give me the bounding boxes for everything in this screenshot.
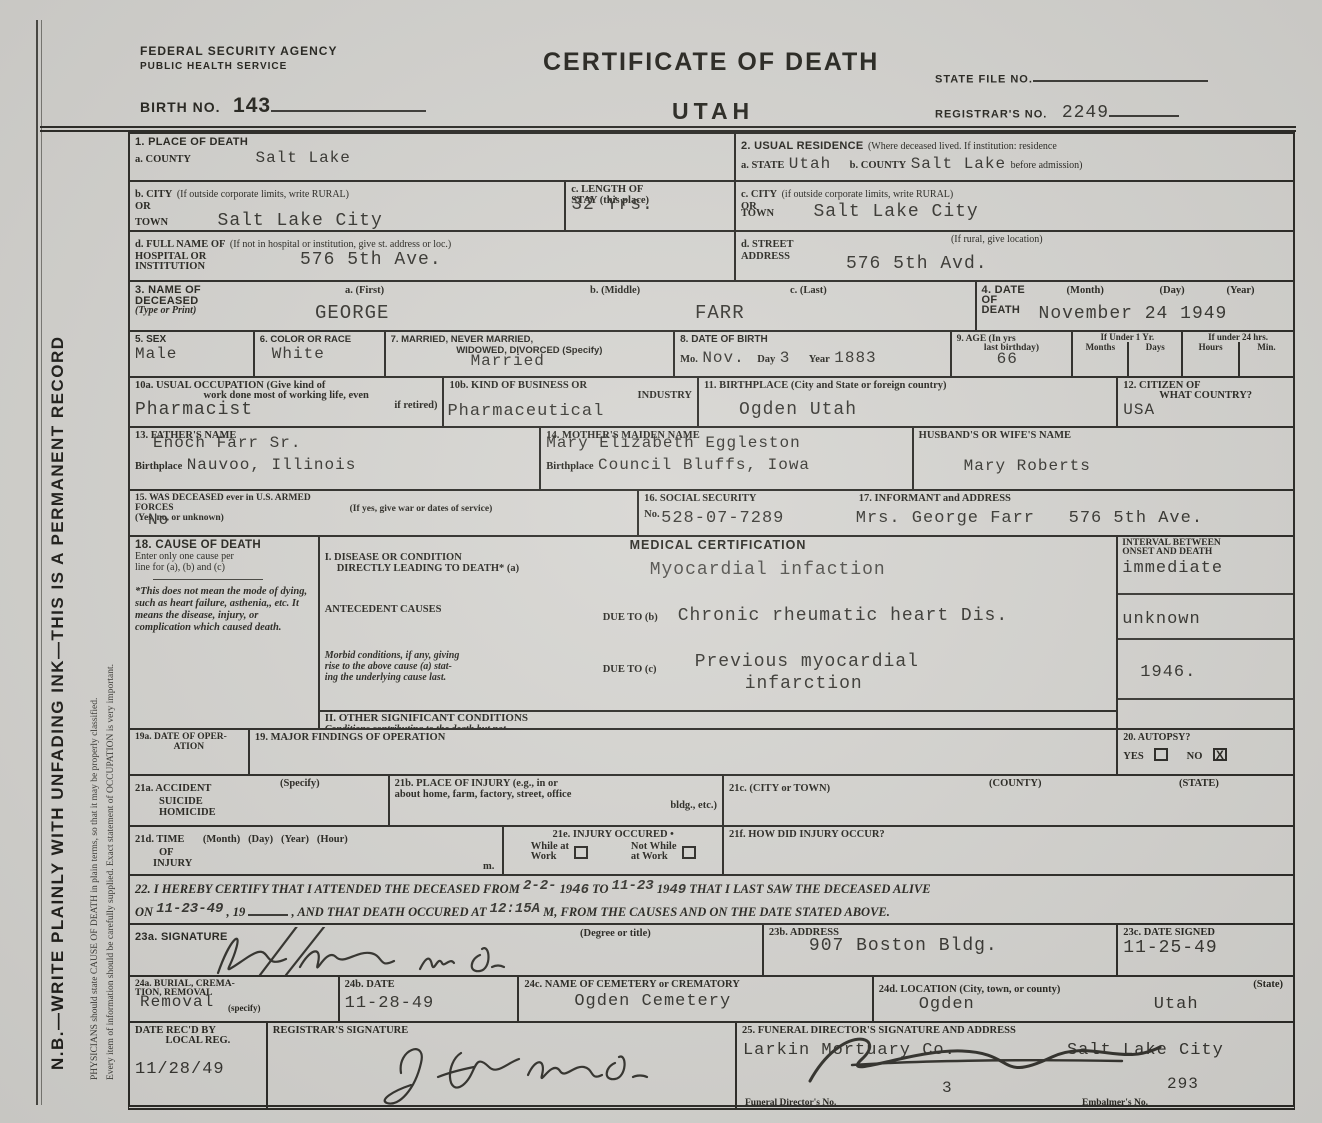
certify-text3: THAT I LAST SAW THE DECEASED ALIVE — [689, 882, 930, 896]
cause-divider — [153, 579, 263, 580]
cause-of-death-title: 18. CAUSE OF DEATH — [135, 539, 313, 551]
place-of-death-title: 1. PLACE OF DEATH — [135, 136, 729, 148]
burial-location-label: 24d. LOCATION (City, town, or county) — [879, 984, 1061, 995]
residence-county-label: b. COUNTY — [850, 160, 907, 171]
field-date-of-birth: 8. DATE OF BIRTH Mo. Nov. Day 3 Year 188… — [675, 332, 952, 376]
major-findings-label: 19. MAJOR FINDINGS OF OPERATION — [255, 732, 1111, 743]
father-birthplace-label: Birthplace — [135, 461, 182, 472]
certify-text5: , 19 — [227, 905, 246, 919]
medical-certification-title: MEDICAL CERTIFICATION — [320, 537, 1117, 552]
middle-name-label: b. (Middle) — [590, 285, 640, 296]
certify-to-year: 49 — [669, 882, 686, 898]
citizen-label2: WHAT COUNTRY? — [1123, 391, 1288, 401]
field-date-of-death: 4. DATE OF DEATH (Month) (Day) (Year) No… — [977, 282, 1293, 330]
field-length-of-stay: c. LENGTH OF STAY (this place) 32 Yrs. — [566, 182, 736, 230]
marital-label1: 7. MARRIED, NEVER MARRIED, — [391, 334, 669, 345]
deceased-title3: (Type or Print) — [135, 306, 970, 316]
death-city-note: (If outside corporate limits, write RURA… — [177, 189, 349, 200]
length-of-stay-value: 32 Yrs. — [571, 195, 729, 215]
accident-label2: SUICIDE — [159, 796, 383, 807]
burial-date-value: 11-28-49 — [345, 994, 513, 1013]
injury-state-label: (STATE) — [1179, 778, 1219, 789]
field-under-24hrs: If under 24 hrs. Hours Min. — [1183, 332, 1293, 376]
due-to-b-label: DUE TO (b) — [603, 612, 658, 623]
usual-residence-note: (Where deceased lived. If institution: r… — [868, 141, 1057, 152]
injury-time-cols: (Month) (Day) (Year) (Hour) — [203, 834, 348, 845]
spouse-value: Mary Roberts — [964, 457, 1288, 475]
certify-on-value: 11-23-49 — [156, 901, 223, 917]
field-place-of-injury: 21b. PLACE OF INJURY (e.g., in or about … — [390, 776, 724, 825]
injury-city-label: 21c. (CITY or TOWN) — [729, 783, 830, 794]
cause-c-value1: Previous myocardial — [695, 652, 919, 672]
certify-19a: 19 — [560, 882, 573, 896]
state-file-no-label: STATE FILE NO. — [935, 73, 1033, 85]
injury-time-m: m. — [483, 861, 494, 872]
street-value: 576 5th Avd. — [846, 254, 988, 274]
dob-day-value: 3 — [780, 349, 791, 367]
certificate-form: 1. PLACE OF DEATH a. COUNTY Salt Lake 2.… — [128, 132, 1295, 1110]
margin-physicians-note: PHYSICIANS should state CAUSE OF DEATH i… — [90, 180, 100, 1080]
sex-label: 5. SEX — [135, 334, 248, 345]
mother-name-value: Mary Elizabeth Eggleston — [546, 434, 906, 452]
injury-time-label3: INJURY — [153, 858, 497, 869]
certify-from-value: 2-2- — [523, 878, 557, 894]
field-place-of-death: 1. PLACE OF DEATH a. COUNTY Salt Lake — [130, 134, 736, 180]
under-1yr-months-label: Months — [1073, 342, 1127, 376]
spouse-label: HUSBAND'S OR WIFE'S NAME — [919, 430, 1288, 441]
residence-city-note: (if outside corporate limits, write RURA… — [782, 189, 954, 200]
field-citizen: 12. CITIZEN OF WHAT COUNTRY? USA — [1118, 378, 1293, 426]
field-burial-type: 24a. BURIAL, CREMA- TION, REMOVAL Remova… — [130, 977, 340, 1021]
field-burial-date: 24b. DATE 11-28-49 — [340, 977, 520, 1021]
date-of-death-value: November 24 1949 — [1039, 304, 1228, 324]
death-month-label: (Month) — [1067, 285, 1104, 296]
age-value: 66 — [997, 350, 1018, 368]
last-name-value: FARR — [695, 302, 745, 324]
under-24hrs-header: If under 24 hrs. — [1183, 332, 1293, 342]
armed-forces-note2: (If yes, give war or dates of service) — [350, 504, 633, 514]
armed-forces-value: No — [148, 511, 169, 529]
father-name-value: Enoch Farr Sr. — [153, 434, 534, 452]
field-how-injury-occurred: 21f. HOW DID INJURY OCCUR? — [724, 827, 1293, 874]
cemetery-value: Ogden Cemetery — [574, 992, 866, 1011]
armed-forces-label: 15. WAS DECEASED ever in U.S. ARMED FORC… — [135, 493, 340, 513]
field-under-1yr: If Under 1 Yr. Months Days — [1073, 332, 1183, 376]
field-deceased-name: 3. NAME OF DECEASED (Type or Print) a. (… — [130, 282, 977, 330]
field-sex: 5. SEX Male — [130, 332, 255, 376]
field-medical-certification: MEDICAL CERTIFICATION I. DISEASE OR COND… — [320, 537, 1119, 728]
field-date-signed: 23c. DATE SIGNED 11-25-49 — [1118, 925, 1293, 975]
injury-county-label: (COUNTY) — [989, 778, 1042, 789]
mother-birthplace-value: Council Bluffs, Iowa — [598, 456, 810, 474]
last-name-label: c. (Last) — [790, 285, 827, 296]
cause-note3: *This does not mean the mode of dying, s… — [135, 586, 313, 634]
first-name-label: a. (First) — [345, 285, 384, 296]
informant-value: Mrs. George Farr 576 5th Ave. — [856, 509, 1203, 528]
field-occupation: 10a. USUAL OCCUPATION (Give kind of work… — [130, 378, 444, 426]
interval-c-value: 1946. — [1140, 663, 1289, 682]
county-value: Salt Lake — [255, 149, 350, 167]
cause-note1: Enter only one cause per — [135, 551, 313, 562]
injury-time-label1: 21d. TIME — [135, 834, 184, 845]
dob-year-value: 1883 — [834, 349, 876, 367]
not-while-at-work-checkbox — [682, 846, 696, 859]
date-received-value: 11/28/49 — [135, 1060, 261, 1079]
injury-place-label2: about home, farm, factory, street, offic… — [395, 789, 717, 800]
injury-place-label3: bldg., etc.) — [395, 800, 717, 811]
field-cause-of-death: 18. CAUSE OF DEATH Enter only one cause … — [130, 537, 320, 728]
accident-specify: (Specify) — [280, 778, 320, 789]
registrar-no-label: REGISTRAR'S NO. — [935, 108, 1047, 120]
interval-a-value: immediate — [1122, 559, 1289, 578]
certify-from-year: 46 — [572, 882, 589, 898]
accident-label3: HOMICIDE — [159, 807, 383, 818]
mother-birthplace-label: Birthplace — [546, 461, 593, 472]
burial-state-label: (State) — [1253, 979, 1283, 990]
while-at-work-checkbox — [574, 846, 588, 859]
autopsy-yes-checkbox — [1154, 748, 1168, 761]
funeral-director-no-label: Funeral Director's No. — [745, 1098, 836, 1108]
margin-items-note: Every item of information should be care… — [106, 180, 116, 1080]
residence-town-label: TOWN — [741, 208, 774, 219]
date-signed-label: 23c. DATE SIGNED — [1123, 927, 1288, 938]
street-label1: d. STREET — [741, 239, 794, 250]
under-24hrs-min-label: Min. — [1238, 342, 1293, 376]
dob-month-label: Mo. — [680, 354, 698, 365]
street-note: (If rural, give location) — [951, 234, 1043, 245]
autopsy-no-label: NO — [1187, 751, 1203, 762]
injury-place-label1: 21b. PLACE OF INJURY (e.g., in or — [395, 778, 717, 789]
autopsy-yes-label: YES — [1123, 751, 1143, 762]
death-city-label: b. CITY — [135, 189, 172, 200]
state-title: UTAH — [672, 98, 754, 125]
usual-residence-title: 2. USUAL RESIDENCE — [741, 140, 864, 152]
certify-text1: 22. I HEREBY CERTIFY THAT I ATTENDED THE… — [135, 882, 520, 896]
field-burial-location: 24d. LOCATION (City, town, or county) (S… — [874, 977, 1293, 1021]
registrar-signature — [353, 1033, 693, 1105]
state-file-no-rule — [1033, 68, 1208, 82]
death-city-value: Salt Lake City — [218, 211, 383, 230]
marital-value: Married — [471, 352, 545, 370]
burial-value: Removal — [140, 993, 214, 1011]
date-signed-value: 11-25-49 — [1123, 938, 1288, 958]
street-label2: ADDRESS — [741, 252, 1288, 262]
address-value: 907 Boston Bldg. — [809, 936, 1111, 956]
hospital-value: 576 5th Ave. — [300, 250, 442, 270]
registrar-no-rule — [1109, 103, 1179, 117]
burial-specify: (specify) — [228, 1003, 261, 1013]
cause-b-value: Chronic rheumatic heart Dis. — [678, 606, 1008, 626]
dob-day-label: Day — [757, 354, 775, 365]
field-time-of-injury: 21d. TIME (Month) (Day) (Year) (Hour) OF… — [130, 827, 504, 874]
physician-signature — [190, 927, 620, 975]
other-conditions-note1: Conditions contributing to the death but… — [325, 724, 1112, 728]
birth-no-value: 143 — [233, 94, 271, 117]
certify-at-value: 12:15A — [490, 901, 540, 917]
cemetery-label: 24c. NAME OF CEMETERY or CREMATORY — [524, 979, 866, 990]
registrar-no-value: 2249 — [1062, 103, 1109, 123]
death-year-label: (Year) — [1227, 285, 1255, 296]
injury-time-label2: OF — [159, 847, 497, 858]
field-major-findings: 19. MAJOR FINDINGS OF OPERATION — [250, 730, 1118, 774]
field-physician-signature: 23a. SIGNATURE (Degree or title) — [130, 925, 764, 975]
dob-month-value: Nov. — [702, 349, 744, 367]
certify-to-value: 11-23 — [612, 878, 654, 894]
residence-state-value: Utah — [789, 155, 831, 173]
ssn-no-label: No. — [644, 509, 659, 520]
agency-subname: PUBLIC HEALTH SERVICE — [140, 61, 337, 72]
funeral-director-no-value: 3 — [942, 1079, 953, 1097]
certify-text7: M, FROM THE CAUSES AND ON THE DATE STATE… — [543, 905, 890, 919]
citizen-value: USA — [1123, 401, 1288, 419]
field-mother: 14. MOTHER'S MAIDEN NAME Mary Elizabeth … — [541, 428, 913, 489]
while-at-work-label2: Work — [531, 852, 569, 862]
margin-rule — [36, 20, 42, 1105]
field-industry: 10b. KIND OF BUSINESS OR INDUSTRY Pharma… — [444, 378, 699, 426]
certify-text2: TO — [592, 882, 608, 896]
operation-date-label1: 19a. DATE OF OPER- — [135, 732, 243, 742]
field-spouse: HUSBAND'S OR WIFE'S NAME Mary Roberts — [914, 428, 1293, 489]
field-date-of-operation: 19a. DATE OF OPER- ATION — [130, 730, 250, 774]
birth-no-label: BIRTH NO. — [140, 99, 221, 115]
injury-occurred-label: 21e. INJURY OCCURED • — [509, 829, 717, 840]
field-injury-location: 21c. (CITY or TOWN) (COUNTY) (STATE) — [724, 776, 1293, 825]
field-marital-status: 7. MARRIED, NEVER MARRIED, WIDOWED, DIVO… — [386, 332, 676, 376]
burial-date-label: 24b. DATE — [345, 979, 513, 990]
residence-county-value: Salt Lake — [911, 155, 1006, 173]
death-city-or: OR — [135, 202, 559, 211]
hospital-label1: d. FULL NAME OF — [135, 239, 225, 250]
burial-city-value: Ogden — [919, 995, 975, 1014]
length-of-stay-label1: c. LENGTH OF — [571, 184, 729, 195]
burial-state-value: Utah — [1154, 995, 1199, 1014]
ssn-value: 528-07-7289 — [661, 509, 784, 528]
date-received-label2: LOCAL REG. — [135, 1036, 261, 1046]
race-label: 6. COLOR OR RACE — [260, 334, 379, 345]
father-birthplace-value: Nauvoo, Illinois — [187, 456, 357, 474]
due-to-c-label: DUE TO (c) — [603, 664, 657, 675]
embalmer-no-label: Embalmer's No. — [1082, 1098, 1148, 1108]
field-usual-residence: 2. USUAL RESIDENCE (Where deceased lived… — [736, 134, 1293, 180]
accident-label1: 21a. ACCIDENT — [135, 783, 211, 794]
field-physician-address: 23b. ADDRESS 907 Boston Bldg. — [764, 925, 1118, 975]
industry-label2: INDUSTRY — [449, 391, 692, 401]
cause-c-value2: infarction — [745, 674, 863, 694]
field-hospital: d. FULL NAME OF (If not in hospital or i… — [130, 232, 736, 280]
first-name-value: GEORGE — [315, 302, 389, 324]
other-conditions-value: — — — — [795, 726, 848, 728]
field-registrar-signature: REGISTRAR'S SIGNATURE — [268, 1023, 737, 1110]
race-value: White — [272, 345, 379, 363]
birthplace-value: Ogden Utah — [739, 400, 857, 420]
cause-a-value: Myocardial infaction — [650, 560, 886, 580]
not-while-at-work-label2: at Work — [631, 852, 677, 862]
field-residence-city: c. CITY (if outside corporate limits, wr… — [736, 182, 1293, 230]
field-death-city: b. CITY (If outside corporate limits, wr… — [130, 182, 566, 230]
interval-b-value: unknown — [1122, 610, 1289, 629]
agency-name: FEDERAL SECURITY AGENCY — [140, 44, 337, 58]
field-interval: INTERVAL BETWEEN ONSET AND DEATH immedia… — [1118, 537, 1293, 728]
field-birthplace: 11. BIRTHPLACE (City and State or foreig… — [699, 378, 1118, 426]
birthplace-label: 11. BIRTHPLACE (City and State or foreig… — [704, 380, 1111, 391]
death-town-label: TOWN — [135, 217, 168, 228]
operation-date-label2: ATION — [135, 742, 243, 752]
certificate-title: CERTIFICATE OF DEATH — [543, 48, 879, 77]
dob-year-label: Year — [809, 354, 830, 365]
under-1yr-days-label: Days — [1127, 342, 1181, 376]
field-armed-forces-service: (If yes, give war or dates of service) — [345, 491, 640, 535]
usual-residence-note2: before admission) — [1011, 160, 1083, 171]
occupation-value: Pharmacist — [135, 400, 253, 420]
field-injury-occurred: 21e. INJURY OCCURED • While at Work Not … — [504, 827, 724, 874]
margin-permanent-record-note: N.B.—WRITE PLAINLY WITH UNFADING INK—THI… — [48, 150, 68, 1070]
field-autopsy: 20. AUTOPSY? YES NO X — [1118, 730, 1293, 774]
autopsy-label: 20. AUTOPSY? — [1123, 732, 1288, 743]
field-street-address: d. STREET (If rural, give location) ADDR… — [736, 232, 1293, 280]
how-injury-label: 21f. HOW DID INJURY OCCUR? — [729, 829, 1288, 840]
field-funeral-director: 25. FUNERAL DIRECTOR'S SIGNATURE AND ADD… — [737, 1023, 1293, 1110]
certify-text6: , AND THAT DEATH OCCURED AT — [292, 905, 487, 919]
industry-value: Pharmaceutical — [447, 402, 604, 421]
other-conditions-label: II. OTHER SIGNIFICANT CONDITIONS — [325, 712, 1112, 724]
under-24hrs-hours-label: Hours — [1183, 342, 1238, 376]
residence-city-label: c. CITY — [741, 189, 777, 200]
field-informant: 17. INFORMANT and ADDRESS Mrs. George Fa… — [854, 491, 1293, 535]
field-ssn: 16. SOCIAL SECURITY No. 528-07-7289 — [639, 491, 854, 535]
informant-label: 17. INFORMANT and ADDRESS — [859, 493, 1288, 504]
autopsy-no-checkbox: X — [1213, 748, 1227, 761]
deceased-title2: DECEASED — [135, 296, 970, 306]
funeral-director-signature — [792, 1031, 1212, 1089]
hospital-note: (If not in hospital or institution, give… — [230, 239, 451, 250]
morbid-note3: ing the underlying cause last. — [325, 672, 1112, 683]
county-label: a. COUNTY — [135, 154, 191, 165]
field-accident: 21a. ACCIDENT (Specify) SUICIDE HOMICIDE — [130, 776, 390, 825]
certify-blank — [248, 905, 288, 916]
field-age: 9. AGE (In yrs last birthday) 66 — [952, 332, 1074, 376]
field-certify-statement: 22. I HEREBY CERTIFY THAT I ATTENDED THE… — [130, 876, 1293, 923]
field-father: 13. FATHER'S NAME Enoch Farr Sr. Birthpl… — [130, 428, 541, 489]
interval-header2: ONSET AND DEATH — [1122, 548, 1289, 557]
sex-value: Male — [135, 345, 248, 363]
birth-no-rule — [271, 98, 426, 112]
certify-text4: ON — [135, 905, 153, 919]
field-race: 6. COLOR OR RACE White — [255, 332, 386, 376]
autopsy-no-mark: X — [1216, 748, 1224, 762]
residence-state-label: a. STATE — [741, 160, 784, 171]
cause-note2: line for (a), (b) and (c) — [135, 562, 313, 573]
under-1yr-header: If Under 1 Yr. — [1073, 332, 1181, 342]
death-certificate-scan: N.B.—WRITE PLAINLY WITH UNFADING INK—THI… — [0, 0, 1322, 1123]
dob-label: 8. DATE OF BIRTH — [680, 334, 945, 345]
residence-city-value: Salt Lake City — [814, 202, 979, 222]
field-cemetery: 24c. NAME OF CEMETERY or CREMATORY Ogden… — [519, 977, 873, 1021]
ssn-label: 16. SOCIAL SECURITY — [644, 493, 849, 504]
death-day-label: (Day) — [1160, 285, 1185, 296]
certify-19b: 19 — [657, 882, 670, 896]
embalmer-no-value: 293 — [1167, 1075, 1199, 1093]
field-armed-forces: 15. WAS DECEASED ever in U.S. ARMED FORC… — [130, 491, 345, 535]
field-date-received: DATE REC'D BY LOCAL REG. 11/28/49 — [130, 1023, 268, 1110]
deceased-title1: 3. NAME OF — [135, 284, 970, 296]
